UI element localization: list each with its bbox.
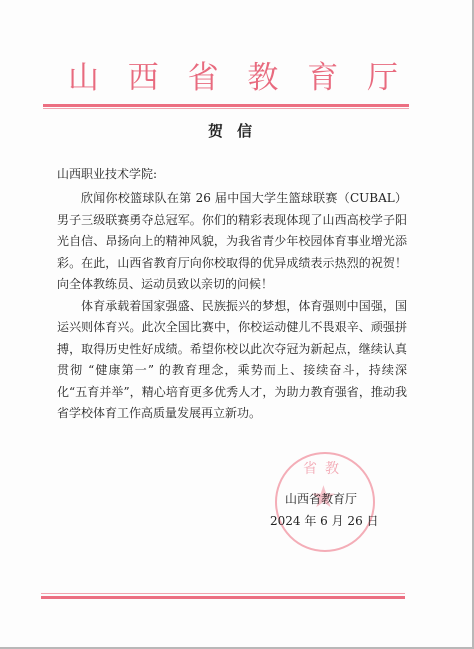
signature-org: 山西省教育厅 xyxy=(285,490,357,507)
salutation: 山西职业技术学院: xyxy=(57,166,157,182)
letterhead-char: 厅 xyxy=(367,58,398,98)
paragraph: 欣闻你校篮球队在第 26 届中国大学生篮球联赛（CUBAL）男子三级联赛勇夺总冠… xyxy=(57,188,407,296)
paragraph: 体育承载着国家强盛、民族振兴的梦想，体育强则中国强，国运兴则体育兴。此次全国比赛… xyxy=(57,296,407,425)
footer-rule-thin xyxy=(41,593,405,594)
letterhead-char: 省 xyxy=(188,58,219,98)
signature-date: 2024 年 6 月 26 日 xyxy=(270,512,379,529)
letterhead-char: 教 xyxy=(247,58,278,98)
header-rule-thick xyxy=(43,104,409,107)
letterhead-char: 山 xyxy=(68,58,99,98)
header-rule-thin xyxy=(43,108,409,109)
footer-rule-thick xyxy=(41,596,405,599)
letterhead-char: 西 xyxy=(128,58,159,98)
letterhead-title: 山 西 省 教 育 厅 xyxy=(68,58,398,98)
seal-text: 省教 xyxy=(303,458,347,478)
letter-title: 贺信 xyxy=(0,120,474,141)
document-page: 山 西 省 教 育 厅 贺信 山西职业技术学院: 欣闻你校篮球队在第 26 届中… xyxy=(0,0,474,649)
letterhead-char: 育 xyxy=(307,58,338,98)
letter-body: 欣闻你校篮球队在第 26 届中国大学生篮球联赛（CUBAL）男子三级联赛勇夺总冠… xyxy=(57,188,407,425)
